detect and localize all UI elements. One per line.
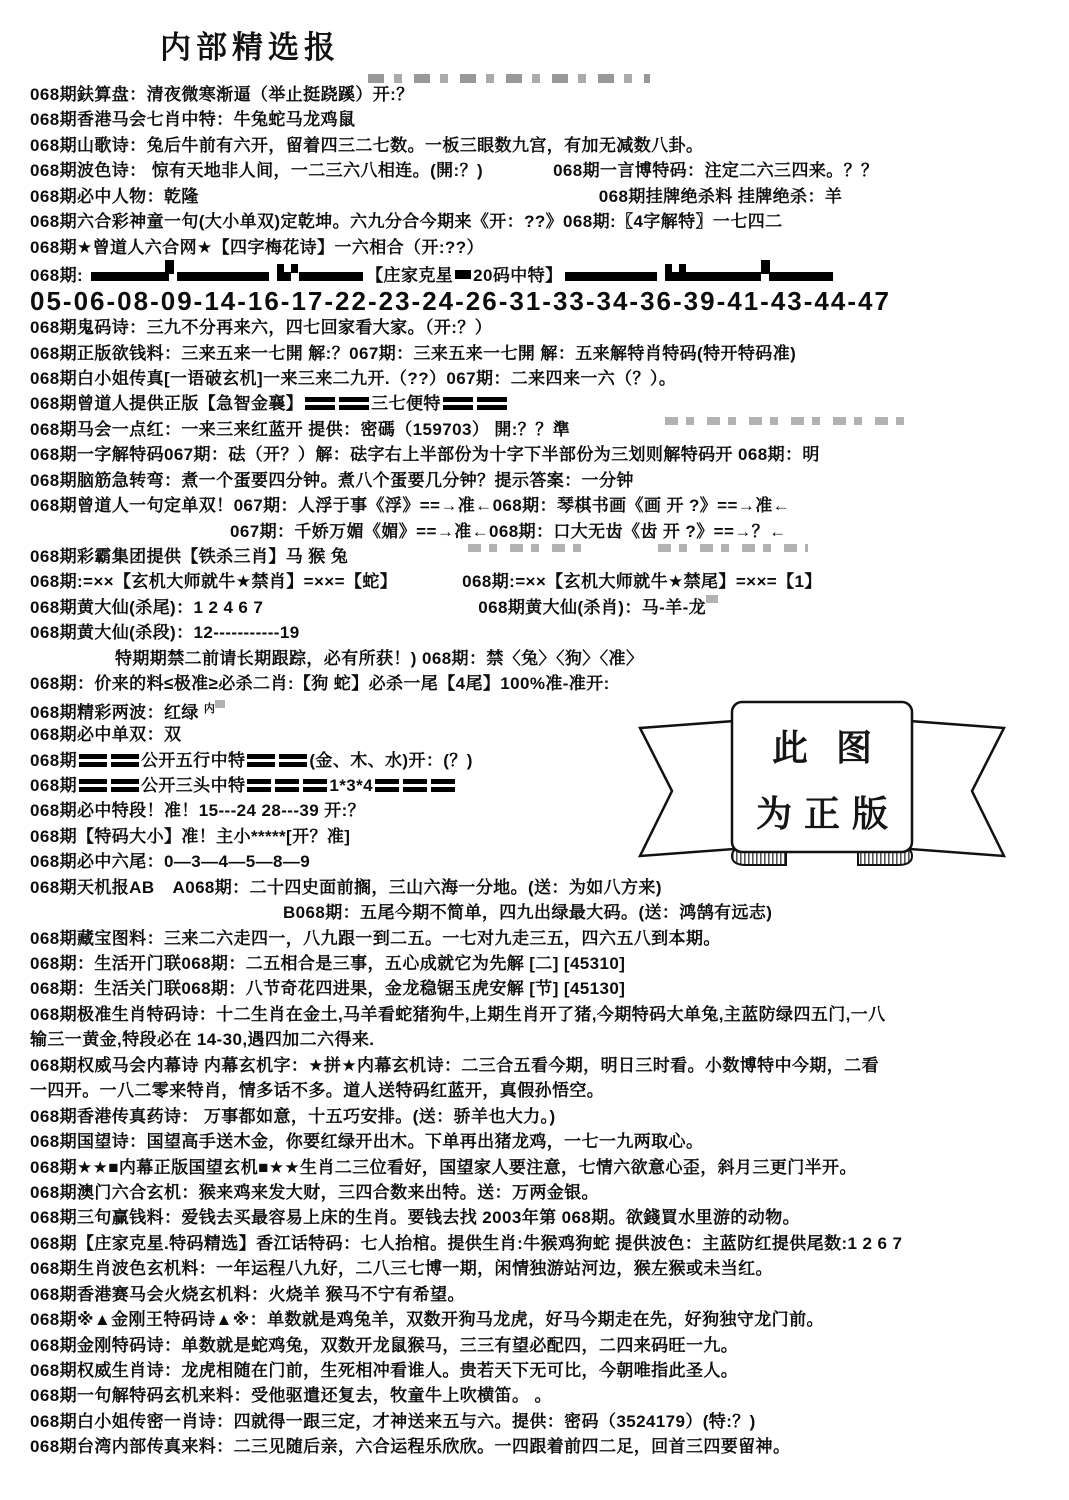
double-bar-glyph xyxy=(111,754,139,767)
report-line: 068期香港传真药诗： 万事都如意，十五巧安排。(送：骄羊也大力。) xyxy=(30,1104,1050,1129)
line-text: 068期黄大仙(杀段)：12-----------19 xyxy=(30,623,300,642)
line-text: 068期正版欲钱料：三来五来一七開 解:？067期：三来五来一七開 解：五来解特… xyxy=(30,344,796,363)
double-bar-glyph xyxy=(279,754,307,767)
double-bar-glyph xyxy=(275,779,299,792)
line-text: 068期黄大仙(杀尾)：1 2 4 6 7 xyxy=(30,598,263,617)
line-text: 068期天机报AB xyxy=(30,878,155,897)
line-text: 068期波色诗： 惊有天地非人间，一二三六八相连。(開:？) xyxy=(30,161,483,180)
line-text: 068期六合彩神童一句(大小单双)定乾坤。六九分合今期来《开：??》068期:〖… xyxy=(30,212,783,231)
report-line: 068期【庄家克星.特码精选】香江话特码：七人抬棺。提供生肖:牛猴鸡狗蛇 提供波… xyxy=(30,1231,1050,1256)
report-line: 068期:=××【玄机大师就牛★禁肖】=××=【蛇】068期:=××【玄机大师就… xyxy=(30,569,1050,594)
line-text: 068期：生活关门联068期：八节奇花四进果，金龙稳锯玉虎安解 [节] [451… xyxy=(30,979,625,998)
report-line: 068期极准生肖特码诗：十二生肖在金土,马羊看蛇猪狗牛,上期生肖开了猪,今期特码… xyxy=(30,1002,1050,1027)
report-line: 068期白小姐传真[一语破玄机]一来三来二九开.（??）067期：二来四来一六（… xyxy=(30,366,1050,391)
report-line: 068期香港马会七肖中特：牛兔蛇马龙鸡鼠 xyxy=(30,107,1050,132)
double-bar-glyph xyxy=(403,779,427,792)
line-text: 068期:=××【玄机大师就牛★禁肖】=××=【蛇】 xyxy=(30,572,397,591)
double-bar-glyph xyxy=(79,779,107,792)
line-text: 068期【庄家克星.特码精选】香江话特码：七人抬棺。提供生肖:牛猴鸡狗蛇 提供波… xyxy=(30,1234,902,1253)
line-text: 1*3*4 xyxy=(329,776,373,795)
report-line: 068期国望诗：国望高手送木金，你要红绿开出木。下单再出猪龙鸡，一七一九两取心。 xyxy=(30,1129,1050,1154)
line-text: 068期权威生肖诗：龙虎相随在门前，生死相冲看谁人。贵若天下无可比，今朝唯指此圣… xyxy=(30,1361,738,1380)
line-text: 20码中特】 xyxy=(473,266,562,285)
line-text: 068期必中特段！准！15---24 28---39 开:？ xyxy=(30,801,365,820)
line-text: 068期 xyxy=(30,776,77,795)
line-text: 068期三句赢钱料：爱钱去买最容易上床的生肖。要钱去找 2003年第 068期。… xyxy=(30,1208,800,1227)
double-bar-glyph xyxy=(111,779,139,792)
line-text: 068期白小姐传真[一语破玄机]一来三来二九开.（??）067期：二来四来一六（… xyxy=(30,369,676,388)
spacer xyxy=(199,201,599,202)
report-line: 068期山歌诗：兔后牛前有六开，留着四三二七数。一板三眼数九宫，有加无减数八卦。 xyxy=(30,133,1050,158)
report-line: 068期澳门六合玄机：猴来鸡来发大财，三四合数来出特。送：万两金银。 xyxy=(30,1180,1050,1205)
report-line: 068期曾道人一句定单双！067期：人浮于事《浮》==→准←068期：琴棋书画《… xyxy=(30,493,1050,518)
ribbon-text-line2: 为正版 xyxy=(732,786,912,837)
line-text: 068期★★■内幕正版国望玄机■★★生肖二三位看好，国望家人要注意，七情六欲意心… xyxy=(30,1158,857,1177)
line-text: 【庄家克星 xyxy=(366,266,453,285)
report-line: 068期马会一点红：一来三来红蓝开 提供：密碼（159703） 開:？？準 xyxy=(30,417,1050,442)
faded-print-artifact xyxy=(215,700,225,708)
line-text: 068期：价来的料≤极准≥必杀二肖:【狗 蛇】必杀一尾【4尾】100%准-准开: xyxy=(30,674,610,693)
report-line: 068期白小姐传密一肖诗：四就得一跟三定，才神送来五与六。提供：密码（35241… xyxy=(30,1409,1050,1434)
line-text: 068期香港马会七肖中特：牛兔蛇马龙鸡鼠 xyxy=(30,110,355,129)
line-text: 特期期禁二前请长期跟踪，必有所获！) 068期：禁〈兔〉〈狗〉〈准〉 xyxy=(115,649,643,668)
report-line: 068期一句解特码玄机来料：受他驱遣还复去，牧童牛上吹横笛。 。 xyxy=(30,1383,1050,1408)
line-text: 068期★曾道人六合网★【四字梅花诗】一六相合（开:??） xyxy=(30,238,484,257)
line-text: 068期挂牌绝杀料 挂牌绝杀：羊 xyxy=(599,187,843,206)
spacer xyxy=(483,175,553,176)
line-text: 068期权威马会内幕诗 内幕玄机字：★拼★内幕玄机诗：二三合五看今期，明日三时看… xyxy=(30,1056,879,1075)
faded-print-artifact xyxy=(706,595,718,603)
spacer xyxy=(348,561,468,562)
line-text: 输三一黄金,特段必在 14-30,遇四加二六得来. xyxy=(30,1030,374,1049)
line-text: 068期必中六尾：0—3—4—5—8—9 xyxy=(30,852,310,871)
double-bar-glyph xyxy=(443,397,473,410)
line-text: 068期香港赛马会火烧玄机料：火烧羊 猴马不宁有希望。 xyxy=(30,1285,465,1304)
line-text: 068期极准生肖特码诗：十二生肖在金土,马羊看蛇猪狗牛,上期生肖开了猪,今期特码… xyxy=(30,1005,886,1024)
line-text: 068期 xyxy=(30,751,77,770)
double-bar-glyph xyxy=(339,397,369,410)
report-line: 068期一字解特码067期：砝（开？）解：砝字右上半部份为十字下半部份为三划则解… xyxy=(30,442,1050,467)
line-text: 068期生肖波色玄机料：一年运程八九好，二八三七博一期，闲情独游站河边，猴左猴或… xyxy=(30,1259,773,1278)
line-text: 068期曾道人提供正版【急智金襄】 xyxy=(30,394,303,413)
double-bar-glyph xyxy=(305,397,335,410)
line-text: 068期鈇算盘：清夜微寒渐逼（举止挺跷蹊）开:？ xyxy=(30,85,414,104)
report-line: 068期台湾内部传真来料：二三见随后亲，六合运程乐欣欣。一四跟着前四二足，回首三… xyxy=(30,1434,1050,1459)
ribbon-text-line1: 此图 xyxy=(732,720,912,771)
report-line: 068期三句赢钱料：爱钱去买最容易上床的生肖。要钱去找 2003年第 068期。… xyxy=(30,1205,1050,1230)
double-bar-glyph xyxy=(247,779,271,792)
spacer xyxy=(588,561,658,562)
report-line: 068期: 【庄家克星20码中特】 xyxy=(30,260,1050,287)
report-line: 068期权威生肖诗：龙虎相随在门前，生死相冲看谁人。贵若天下无可比，今朝唯指此圣… xyxy=(30,1358,1050,1383)
double-bar-glyph xyxy=(79,754,107,767)
report-line: 068期金刚特码诗：单数就是蛇鸡兔，双数开龙鼠猴马，三三有望必配四，二四来码旺一… xyxy=(30,1333,1050,1358)
report-line: 068期六合彩神童一句(大小单双)定乾坤。六九分合今期来《开：??》068期:〖… xyxy=(30,209,1050,234)
report-line: 068期★★■内幕正版国望玄机■★★生肖二三位看好，国望家人要注意，七情六欲意心… xyxy=(30,1155,1050,1180)
report-line: 068期鬼码诗：三九不分再来六，四七回家看大家。（开:？） xyxy=(30,315,1050,340)
double-bar-glyph xyxy=(431,779,455,792)
line-text: (金、木、水)开：(？) xyxy=(309,751,472,770)
line-text: 068期国望诗：国望高手送木金，你要红绿开出木。下单再出猪龙鸡，一七一九两取心。 xyxy=(30,1132,703,1151)
line-text: 067期：千娇万媚《媚》==→准←068期：口大无齿《齿 开 ?》==→？← xyxy=(230,522,786,541)
report-line: B068期：五尾今期不简单，四九出绿最大码。(送：鸿鹄有远志) xyxy=(283,900,1050,925)
line-text: 068期马会一点红：一来三来红蓝开 提供：密碼（159703） 開:？？準 xyxy=(30,420,570,439)
line-text: 公开三头中特 xyxy=(141,776,245,795)
line-text: 068期澳门六合玄机：猴来鸡来发大财，三四合数来出特。送：万两金银。 xyxy=(30,1183,599,1202)
line-small-text: 内 xyxy=(204,703,215,715)
line-text: 一四开。一八二零来特肖，情多话不多。道人送特码红蓝开，真假孙悟空。 xyxy=(30,1081,604,1100)
report-line: 068期必中人物：乾隆068期挂牌绝杀料 挂牌绝杀：羊 xyxy=(30,184,1050,209)
report-line: 068期★曾道人六合网★【四字梅花诗】一六相合（开:??） xyxy=(30,235,1050,260)
report-page: 内部精选报 068期鈇算盘：清夜微寒渐逼（举止挺跷蹊）开:？068期香港马会七肖… xyxy=(0,0,1069,1500)
line-text: 068期鬼码诗：三九不分再来六，四七回家看大家。（开:？） xyxy=(30,318,492,337)
report-line: 一四开。一八二零来特肖，情多话不多。道人送特码红蓝开，真假孙悟空。 xyxy=(30,1078,1050,1103)
line-text: 05-06-08-09-14-16-17-22-23-24-26-31-33-3… xyxy=(30,286,891,316)
black-bar-graphic-left xyxy=(91,260,363,284)
line-text: 068期金刚特码诗：单数就是蛇鸡兔，双数开龙鼠猴马，三三有望必配四，二四来码旺一… xyxy=(30,1336,738,1355)
spacer xyxy=(263,612,478,613)
line-text: 068期台湾内部传真来料：二三见随后亲，六合运程乐欣欣。一四跟着前四二足，回首三… xyxy=(30,1437,790,1456)
line-text: 068期精彩两波：红绿 xyxy=(30,703,204,722)
report-line: 068期：生活关门联068期：八节奇花四进果，金龙稳锯玉虎安解 [节] [451… xyxy=(30,976,1050,1001)
line-text: 068期：生活开门联068期：二五相合是三事，五心成就它为先解 [二] [453… xyxy=(30,954,625,973)
line-text: A068期：二十四史面前搁，三山六海一分地。(送：为如八方来) xyxy=(173,878,662,897)
report-line: 067期：千娇万媚《媚》==→准←068期：口大无齿《齿 开 ?》==→？← xyxy=(230,519,1050,544)
report-line: 068期※▲金刚王特码诗▲※：单数就是鸡兔羊，双数开狗马龙虎，好马今期走在先，好… xyxy=(30,1307,1050,1332)
report-line: 068期：生活开门联068期：二五相合是三事，五心成就它为先解 [二] [453… xyxy=(30,951,1050,976)
line-text: 068期黄大仙(杀肖)：马-羊-龙 xyxy=(478,598,706,617)
line-text: 068期必中人物：乾隆 xyxy=(30,187,199,206)
line-text: 068期藏宝图料：三来二六走四一，八九跟一到二五。一七对九走三五，四六五八到本期… xyxy=(30,929,721,948)
report-line: 068期天机报ABA068期：二十四史面前搁，三山六海一分地。(送：为如八方来) xyxy=(30,875,1050,900)
report-line: 068期黄大仙(杀尾)：1 2 4 6 7068期黄大仙(杀肖)：马-羊-龙 xyxy=(30,595,1050,620)
line-text: B068期：五尾今期不简单，四九出绿最大码。(送：鸿鹄有远志) xyxy=(283,903,772,922)
line-text: 068期: xyxy=(30,266,88,285)
line-text: 068期白小姐传密一肖诗：四就得一跟三定，才神送来五与六。提供：密码（35241… xyxy=(30,1412,756,1431)
report-line: 068期香港赛马会火烧玄机料：火烧羊 猴马不宁有希望。 xyxy=(30,1282,1050,1307)
report-line: 068期黄大仙(杀段)：12-----------19 xyxy=(30,620,1050,645)
report-line: 068期彩霸集团提供【铁杀三肖】马 猴 兔 xyxy=(30,544,1050,569)
line-text: 068期一句解特码玄机来料：受他驱遣还复去，牧童牛上吹横笛。 。 xyxy=(30,1386,552,1405)
report-line: 068期曾道人提供正版【急智金襄】三七便特 xyxy=(30,391,1050,416)
double-bar-glyph xyxy=(375,779,399,792)
line-text: 068期一言博特码：注定二六三四来。？？ xyxy=(553,161,878,180)
line-text: 三七便特 xyxy=(371,394,441,413)
spacer xyxy=(397,586,462,587)
report-line: 068期鈇算盘：清夜微寒渐逼（举止挺跷蹊）开:？ xyxy=(30,82,1050,107)
spacer xyxy=(155,892,173,893)
page-title: 内部精选报 xyxy=(160,22,340,67)
report-line: 068期脑筋急转弯：煮一个蛋要四分钟。煮八个蛋要几分钟？提示答案：一分钟 xyxy=(30,468,1050,493)
line-text: 068期一字解特码067期：砝（开？）解：砝字右上半部份为十字下半部份为三划则解… xyxy=(30,445,820,464)
double-bar-glyph xyxy=(477,397,507,410)
line-text: 068期曾道人一句定单双！067期：人浮于事《浮》==→准←068期：琴棋书画《… xyxy=(30,496,790,515)
black-square-glyph xyxy=(455,270,471,279)
faded-print-artifact xyxy=(665,417,915,425)
double-bar-glyph xyxy=(247,754,275,767)
faded-print-artifact xyxy=(658,544,808,552)
report-line: 068期：价来的料≤极准≥必杀二肖:【狗 蛇】必杀一尾【4尾】100%准-准开: xyxy=(30,671,1050,696)
black-bar-graphic-right xyxy=(565,260,833,284)
report-line: 068期生肖波色玄机料：一年运程八九好，二八三七博一期，闲情独游站河边，猴左猴或… xyxy=(30,1256,1050,1281)
authenticity-ribbon: 此图 为正版 xyxy=(636,698,1008,873)
report-line: 05-06-08-09-14-16-17-22-23-24-26-31-33-3… xyxy=(30,287,1050,315)
report-line: 068期权威马会内幕诗 内幕玄机字：★拼★内幕玄机诗：二三合五看今期，明日三时看… xyxy=(30,1053,1050,1078)
double-bar-glyph xyxy=(303,779,327,792)
line-text: 068期必中单双：双 xyxy=(30,725,181,744)
report-line: 068期波色诗： 惊有天地非人间，一二三六八相连。(開:？)068期一言博特码：… xyxy=(30,158,1050,183)
line-text: 068期彩霸集团提供【铁杀三肖】马 猴 兔 xyxy=(30,547,348,566)
line-text: 068期山歌诗：兔后牛前有六开，留着四三二七数。一板三眼数九宫，有加无减数八卦。 xyxy=(30,136,703,155)
line-text: 068期脑筋急转弯：煮一个蛋要四分钟。煮八个蛋要几分钟？提示答案：一分钟 xyxy=(30,471,634,490)
report-line: 特期期禁二前请长期跟踪，必有所获！) 068期：禁〈兔〉〈狗〉〈准〉 xyxy=(115,646,1050,671)
line-text: 068期【特码大小】准！主小*****[开？准] xyxy=(30,827,350,846)
spacer xyxy=(570,434,665,435)
faded-print-artifact xyxy=(468,544,588,552)
report-line: 068期藏宝图料：三来二六走四一，八九跟一到二五。一七对九走三五，四六五八到本期… xyxy=(30,926,1050,951)
report-line: 输三一黄金,特段必在 14-30,遇四加二六得来. xyxy=(30,1027,1050,1052)
line-text: 068期:=××【玄机大师就牛★禁尾】=××=【1】 xyxy=(462,572,822,591)
line-text: 068期※▲金刚王特码诗▲※：单数就是鸡兔羊，双数开狗马龙虎，好马今期走在先，好… xyxy=(30,1310,824,1329)
report-line: 068期正版欲钱料：三来五来一七開 解:？067期：三来五来一七開 解：五来解特… xyxy=(30,341,1050,366)
line-text: 公开五行中特 xyxy=(141,751,245,770)
line-text: 068期香港传真药诗： 万事都如意，十五巧安排。(送：骄羊也大力。) xyxy=(30,1107,556,1126)
